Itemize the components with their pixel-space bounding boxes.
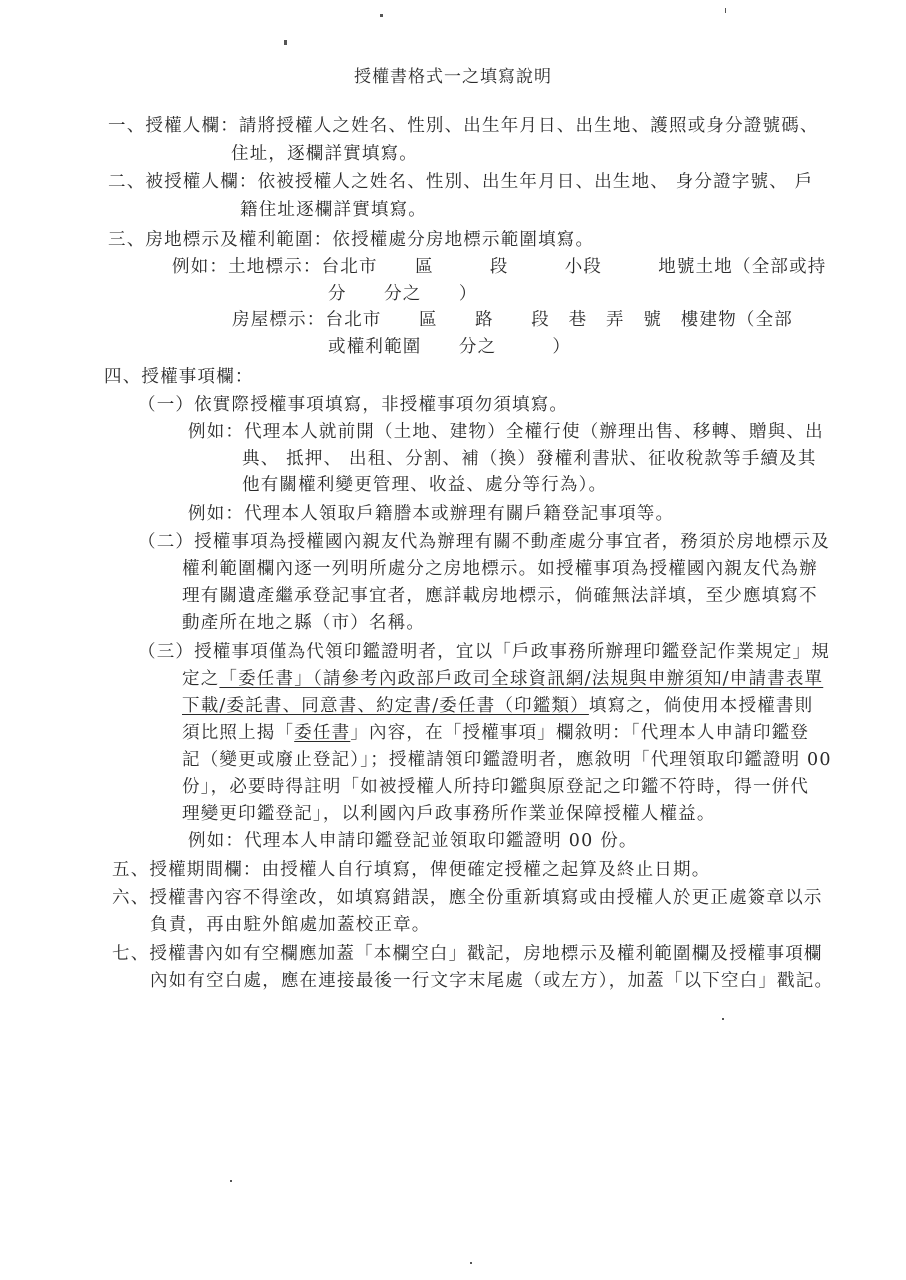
- section-3-line-1: 三、房地標示及權利範圍：依授權處分房地標示範圍填寫。: [108, 228, 594, 252]
- section-4-item-2-line-4: 動產所在地之縣（市）名稱。: [182, 611, 425, 635]
- section-4-item-3-example: 例如：代理本人申請印鑑登記並領取印鑑證明 00 份。: [188, 829, 638, 853]
- scan-speck: [470, 1262, 472, 1264]
- text: 須比照上揭「: [182, 723, 294, 743]
- scan-speck: [725, 8, 726, 13]
- section-4-item-3-line-5: 記（變更或廢止登記）」；授權請領印鑑證明者，應敘明「代理領取印鑑證明 00: [182, 748, 832, 772]
- scan-speck: [380, 14, 383, 17]
- section-1-line-2: 住址，逐欄詳實填寫。: [231, 142, 418, 166]
- section-4-item-3-line-7: 理變更印鑑登記」，以利國內戶政事務所作業並保障授權人權益。: [182, 802, 716, 826]
- section-4-item-1-example-2: 例如：代理本人領取戶籍謄本或辦理有關戶籍登記事項等。: [188, 502, 674, 526]
- underlined-term: 委任書: [294, 723, 350, 743]
- section-7-line-1: 七、授權書內如有空欄應加蓋「本欄空白」戳記，房地標示及權利範圍欄及授權事項欄: [112, 942, 823, 966]
- scan-speck: [284, 40, 287, 45]
- section-2-line-2: 籍住址逐欄詳實填寫。: [240, 198, 427, 222]
- land-label-line-2: 分 分之 ）: [328, 282, 478, 306]
- document-page: 授權書格式一之填寫說明 一、授權人欄：請將授權人之姓名、性別、出生年月日、出生地…: [0, 0, 906, 1280]
- underlined-reference: 下載/委託書、同意書、約定書/委任書（印鑑類）: [182, 696, 589, 716]
- section-1-line-1: 一、授權人欄：請將授權人之姓名、性別、出生年月日、出生地、護照或身分證號碼、: [108, 114, 819, 138]
- land-label-line-1: 例如：土地標示：台北市 區 段 小段 地號土地（全部或持: [172, 255, 827, 279]
- document-title: 授權書格式一之填寫說明: [0, 62, 906, 87]
- section-4-item-1-example-1-line-3: 他有關權利變更管理、收益、處分等行為）。: [242, 473, 607, 497]
- section-4-item-2-line-3: 理有關遺產繼承登記事宜者，應詳載房地標示，倘確無法詳填，至少應填寫不: [182, 584, 818, 608]
- scan-speck: [722, 1018, 724, 1020]
- scan-speck: [230, 1180, 232, 1182]
- house-label-line-2: 或權利範圍 分之 ）: [328, 335, 571, 359]
- text: 填寫之，倘使用本授權書則: [589, 696, 813, 716]
- house-label-line-1: 房屋標示：台北市 區 路 段 巷 弄 號 樓建物（全部: [232, 308, 793, 332]
- text: 定之: [182, 669, 219, 689]
- section-5-line-1: 五、授權期間欄：由授權人自行填寫，俾便確定授權之起算及終止日期。: [112, 858, 710, 882]
- section-4-item-3-line-1: （三）授權事項僅為代領印鑑證明者，宜以「戶政事務所辦理印鑑登記作業規定」規: [138, 640, 830, 664]
- section-7-line-2: 內如有空白處，應在連接最後一行文字末尾處（或左方），加蓋「以下空白」戳記。: [150, 969, 833, 993]
- section-4-heading: 四、授權事項欄：: [104, 365, 254, 389]
- text: 」內容，在「授權事項」欄敘明：「代理本人申請印鑑登: [350, 723, 809, 743]
- section-4-item-2-line-1: （二）授權事項為授權國內親友代為辦理有關不動產處分事宜者，務須於房地標示及: [138, 530, 830, 554]
- section-4-item-3-line-4: 須比照上揭「委任書」內容，在「授權事項」欄敘明：「代理本人申請印鑑登: [182, 721, 809, 745]
- section-4-item-1-line-1: （一）依實際授權事項填寫，非授權事項勿須填寫。: [138, 393, 568, 417]
- section-6-line-2: 負責，再由駐外館處加蓋校正章。: [150, 913, 431, 937]
- section-4-item-1-example-1-line-1: 例如：代理本人就前開（土地、建物）全權行使（辦理出售、移轉、贈與、出: [188, 420, 824, 444]
- section-4-item-3-line-3: 下載/委託書、同意書、約定書/委任書（印鑑類）填寫之，倘使用本授權書則: [182, 694, 813, 718]
- section-4-item-2-line-2: 權利範圍欄內逐一列明所處分之房地標示。如授權事項為授權國內親友代為辦: [182, 557, 818, 581]
- underlined-reference: 「委任書」（請參考內政部戶政司全球資訊網/法規與申辦須知/申請書表單: [219, 669, 823, 689]
- section-4-item-1-example-1-line-2: 典、 抵押、 出租、分割、補（換）發權利書狀、征收稅款等手續及其: [242, 447, 817, 471]
- section-2-line-1: 二、被授權人欄：依被授權人之姓名、性別、出生年月日、出生地、 身分證字號、 戶: [108, 170, 813, 194]
- section-4-item-3-line-6: 份」，必要時得註明「如被授權人所持印鑑與原登記之印鑑不符時，得一併代: [182, 775, 809, 799]
- section-6-line-1: 六、授權書內容不得塗改，如填寫錯誤，應全份重新填寫或由授權人於更正處簽章以示: [112, 886, 823, 910]
- section-4-item-3-line-2: 定之「委任書」（請參考內政部戶政司全球資訊網/法規與申辦須知/申請書表單: [182, 667, 823, 691]
